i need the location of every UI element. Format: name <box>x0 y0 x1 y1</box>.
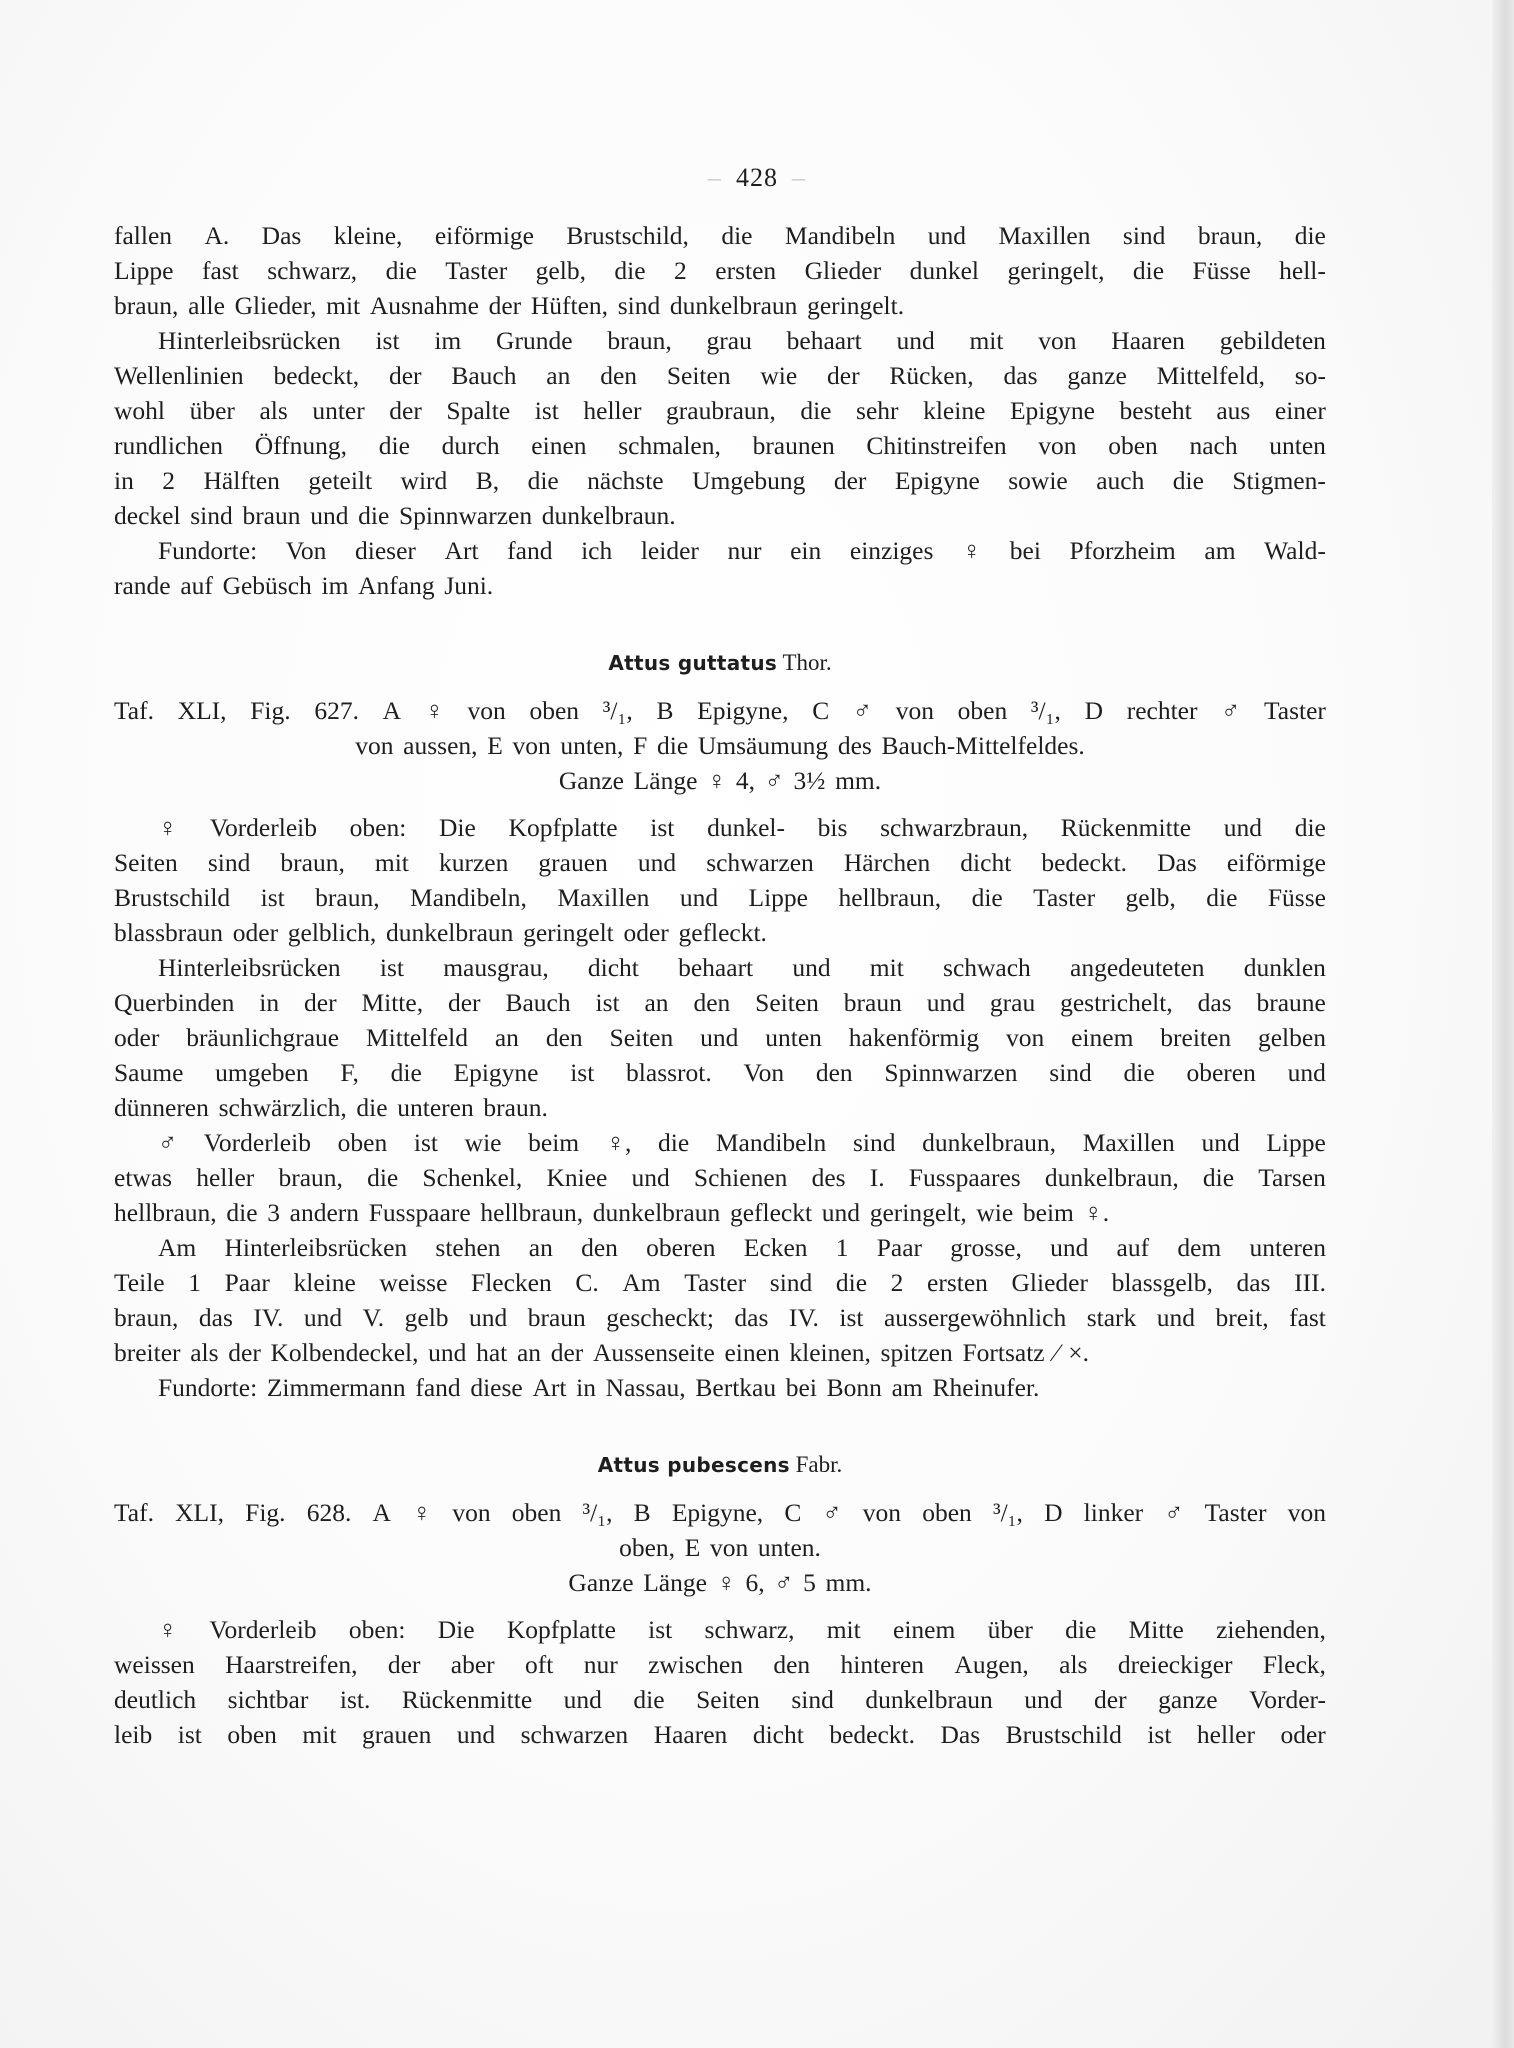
text-line: SaumeumgebenF,dieEpigyneistblassrot.Vond… <box>114 1055 1326 1090</box>
paragraph: Fundorte:VondieserArtfandichleidernurein… <box>114 533 1326 603</box>
text-line: rundlichenÖffnung,diedurcheinenschmalen,… <box>114 428 1326 463</box>
page-number: –428– <box>0 163 1514 193</box>
text-line: Fundorte:VondieserArtfandichleidernurein… <box>114 533 1326 568</box>
species-heading-pubescens: Attus pubescens Fabr. <box>114 1447 1326 1483</box>
text-line: GanzeLänge♀6,♂5mm. <box>114 1565 1326 1600</box>
text-line: leibistobenmitgrauenundschwarzenHaarendi… <box>114 1717 1326 1752</box>
page-edge-shadow <box>1492 0 1514 2048</box>
text-line: breiteralsderKolbendeckel,undhatanderAus… <box>114 1335 1326 1370</box>
text-line: ♀Vorderleiboben:DieKopfplatteistdunkel-b… <box>114 810 1326 845</box>
paragraph: fallenA.Daskleine,eiförmigeBrustschild,d… <box>114 218 1326 323</box>
text-line: braun,alleGlieder,mitAusnahmederHüften,s… <box>114 288 1326 323</box>
text-line: deutlichsichtbarist.RückenmitteunddieSei… <box>114 1682 1326 1717</box>
text-line: AmHinterleibsrückenstehenandenoberenEcke… <box>114 1230 1326 1265</box>
text-line: Taf.XLI,Fig.627.A♀vonoben³/₁,BEpigyne,C♂… <box>114 693 1326 728</box>
section-attus-pubescens: ♀Vorderleiboben:DieKopfplatteistschwarz,… <box>114 1612 1326 1752</box>
text-line: Taf.XLI,Fig.628.A♀vonoben³/₁,BEpigyne,C♂… <box>114 1495 1326 1530</box>
text-line: ♂Vorderleibobenistwiebeim♀,dieMandibelns… <box>114 1125 1326 1160</box>
text-line: randeaufGebüschimAnfangJuni. <box>114 568 1326 603</box>
section-attus-guttatus: ♀Vorderleiboben:DieKopfplatteistdunkel-b… <box>114 810 1326 1405</box>
text-line: Brustschildistbraun,Mandibeln,Maxillenun… <box>114 880 1326 915</box>
text-line: vonaussen,Evonunten,FdieUmsäumungdesBauc… <box>114 728 1326 763</box>
text-line: fallenA.Daskleine,eiförmigeBrustschild,d… <box>114 218 1326 253</box>
text-line: ♀Vorderleiboben:DieKopfplatteistschwarz,… <box>114 1612 1326 1647</box>
text-line: wohlüberalsunterderSpalteisthellergraubr… <box>114 393 1326 428</box>
text-line: Seitensindbraun,mitkurzengrauenundschwar… <box>114 845 1326 880</box>
species-heading-guttatus: Attus guttatus Thor. <box>114 645 1326 681</box>
text-line: etwashellerbraun,dieSchenkel,KnieeundSch… <box>114 1160 1326 1195</box>
text-line: deckelsindbraununddieSpinnwarzendunkelbr… <box>114 498 1326 533</box>
text-line: HinterleibsrückenistimGrundebraun,graube… <box>114 323 1326 358</box>
section-continued: fallenA.Daskleine,eiförmigeBrustschild,d… <box>114 218 1326 603</box>
page-body: fallenA.Daskleine,eiförmigeBrustschild,d… <box>114 218 1326 1752</box>
text-line: Hinterleibsrückenistmausgrau,dichtbehaar… <box>114 950 1326 985</box>
text-line: oben,Evonunten. <box>114 1530 1326 1565</box>
text-line: braun,dasIV.undV.gelbundbraungescheckt;d… <box>114 1300 1326 1335</box>
figure-caption-628: Taf.XLI,Fig.628.A♀vonoben³/₁,BEpigyne,C♂… <box>114 1495 1326 1600</box>
text-line: dünnerenschwärzlich,dieunterenbraun. <box>114 1090 1326 1125</box>
paragraph: Fundorte:ZimmermannfanddieseArtinNassau,… <box>114 1370 1326 1405</box>
text-line: blassbraunodergelblich,dunkelbraungering… <box>114 915 1326 950</box>
paragraph: AmHinterleibsrückenstehenandenoberenEcke… <box>114 1230 1326 1370</box>
text-line: GanzeLänge♀4,♂3½mm. <box>114 763 1326 798</box>
text-line: QuerbindeninderMitte,derBauchistandenSei… <box>114 985 1326 1020</box>
text-line: Wellenlinienbedeckt,derBauchandenSeitenw… <box>114 358 1326 393</box>
text-line: in2HälftengeteiltwirdB,dienächsteUmgebun… <box>114 463 1326 498</box>
text-line: Lippefastschwarz,dieTastergelb,die2erste… <box>114 253 1326 288</box>
paragraph: Hinterleibsrückenistmausgrau,dichtbehaar… <box>114 950 1326 1125</box>
text-line: Teile1PaarkleineweisseFleckenC.AmTasters… <box>114 1265 1326 1300</box>
paragraph: ♀Vorderleiboben:DieKopfplatteistdunkel-b… <box>114 810 1326 950</box>
paragraph: ♂Vorderleibobenistwiebeim♀,dieMandibelns… <box>114 1125 1326 1230</box>
text-line: weissenHaarstreifen,deraberoftnurzwische… <box>114 1647 1326 1682</box>
paragraph: HinterleibsrückenistimGrundebraun,graube… <box>114 323 1326 533</box>
text-line: oderbräunlichgraueMittelfeldandenSeitenu… <box>114 1020 1326 1055</box>
text-line: hellbraun,die3andernFusspaarehellbraun,d… <box>114 1195 1326 1230</box>
paragraph: ♀Vorderleiboben:DieKopfplatteistschwarz,… <box>114 1612 1326 1752</box>
text-line: Fundorte:ZimmermannfanddieseArtinNassau,… <box>114 1370 1326 1405</box>
figure-caption-627: Taf.XLI,Fig.627.A♀vonoben³/₁,BEpigyne,C♂… <box>114 693 1326 798</box>
